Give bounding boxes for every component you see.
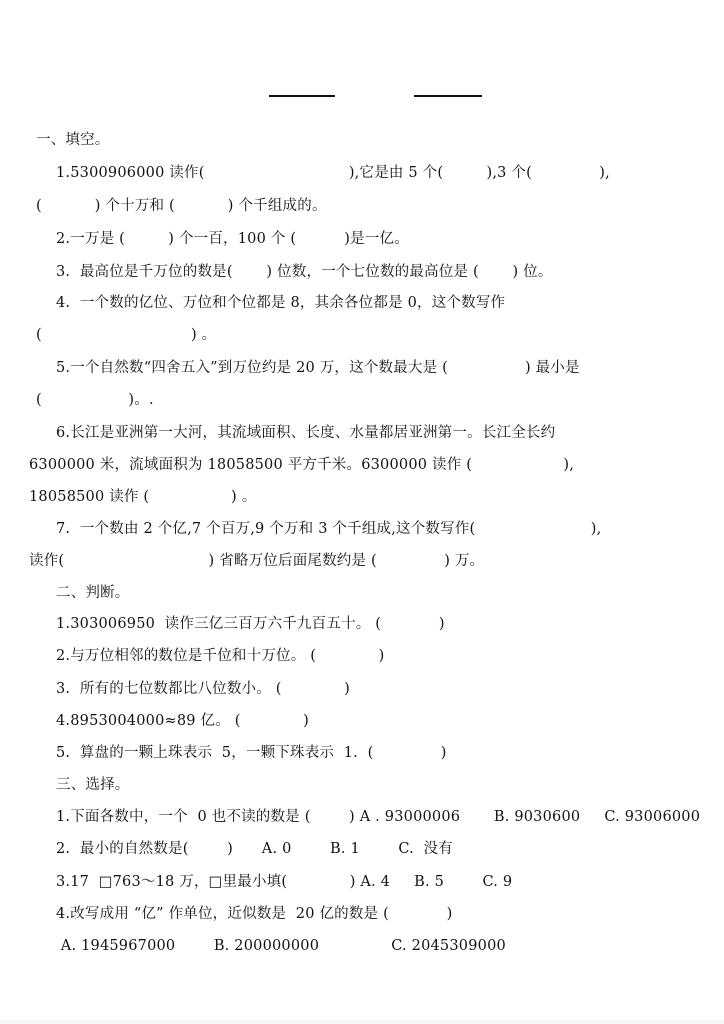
section-title-judgment: 二、判断。 [56, 583, 130, 603]
question-2-2: 2.与万位相邻的数位是千位和十万位。 ( ) [56, 646, 384, 666]
question-1-4-line-2: ( ) 。 [36, 325, 216, 345]
question-1-7-line-1: 7. 一个数由 2 个亿,7 个百万,9 个万和 3 个千组成,这个数写作( )… [56, 519, 601, 539]
question-1-6-line-2: 6300000 米，流域面积为 18058500 平方千米。6300000 读作… [29, 455, 574, 475]
question-1-1-line-1: 1.5300906000 读作( ),它是由 5 个( ),3 个( ), [56, 163, 610, 183]
header-blank-line-1 [269, 95, 335, 97]
question-1-5-line-1: 5.一个自然数“四舍五入”到万位约是 20 万，这个数最大是 ( ) 最小是 [56, 358, 580, 378]
question-1-6-line-3: 18058500 读作 ( ) 。 [29, 487, 256, 507]
question-2-4: 4.8953004000≈89 亿。 ( ) [56, 711, 309, 731]
question-3-4: 4.改写成用 “亿” 作单位，近似数是 20 亿的数是 ( ) [56, 904, 453, 924]
question-3-2: 2. 最小的自然数是( ) A. 0 B. 1 C. 没有 [56, 839, 453, 859]
question-1-7-line-2: 读作( ) 省略万位后面尾数约是 ( ) 万。 [29, 551, 484, 571]
question-3-1: 1.下面各数中，一个 0 也不读的数是 ( ) A . 93000006 B. … [56, 807, 700, 827]
question-1-3: 3. 最高位是千万位的数是( ) 位数，一个七位数的最高位是 ( ) 位。 [56, 262, 553, 282]
question-3-3: 3.17 □763～18 万，□里最小填( ) A. 4 B. 5 C. 9 [56, 872, 512, 892]
section-title-choice: 三、选择。 [56, 775, 130, 795]
question-2-1: 1.303006950 读作三亿三百万六千九百五十。 ( ) [56, 614, 445, 634]
header-blank-line-2 [414, 95, 482, 97]
question-1-6-line-1: 6.长江是亚洲第一大河，其流域面积、长度、水量都居亚洲第一。长江全长约 [56, 423, 555, 443]
page-bottom-edge [0, 1020, 724, 1024]
question-3-4-options: A. 1945967000 B. 200000000 C. 2045309000 [56, 936, 506, 956]
question-2-5: 5. 算盘的一颗上珠表示 5，一颗下珠表示 1. ( ) [56, 743, 447, 763]
question-2-3: 3. 所有的七位数都比八位数小。 ( ) [56, 679, 350, 699]
section-title-fill-in: 一、填空。 [36, 130, 110, 150]
question-1-1-line-2: ( ) 个十万和 ( ) 个千组成的。 [36, 196, 327, 216]
question-1-2: 2.一万是 ( ) 个一百，100 个 ( )是一亿。 [56, 229, 409, 249]
question-1-5-line-2: ( )。. [36, 390, 154, 410]
question-1-4-line-1: 4. 一个数的亿位、万位和个位都是 8，其余各位都是 0，这个数写作 [56, 293, 505, 313]
